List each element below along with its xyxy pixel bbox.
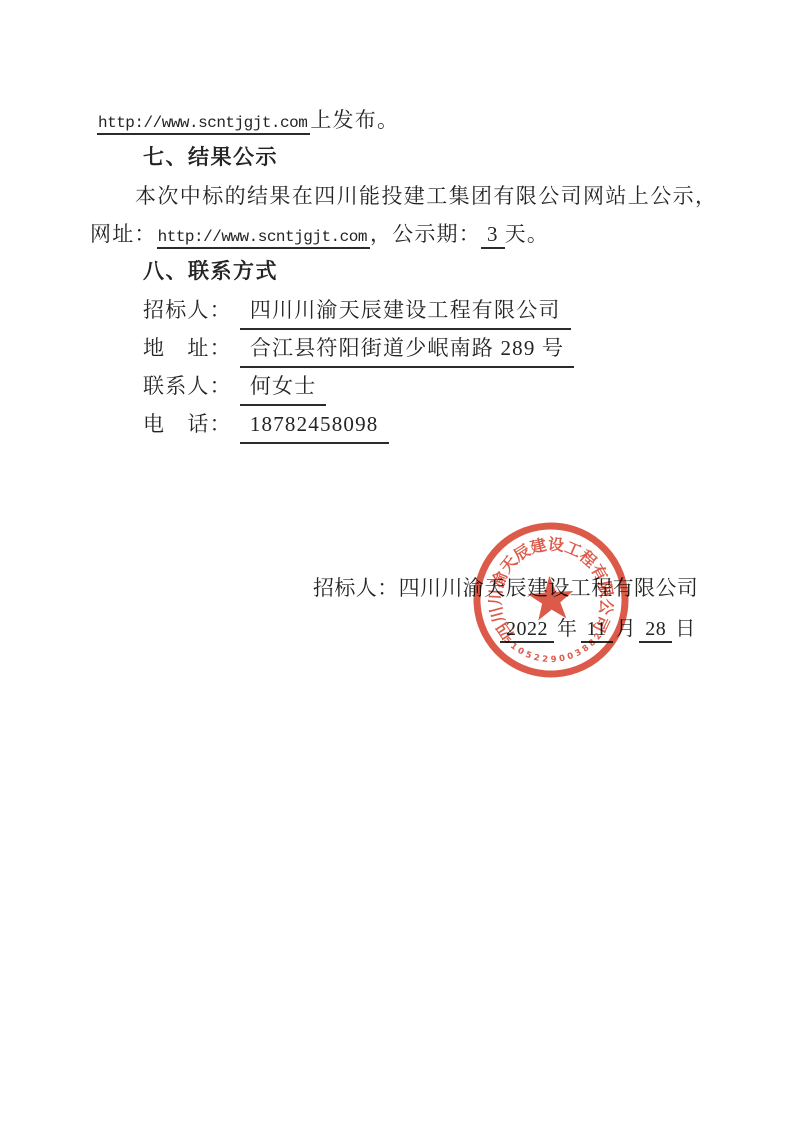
section8-heading: 八、联系方式 (90, 253, 715, 291)
field-value: 何女士 (240, 369, 327, 406)
seal-star-icon (527, 574, 576, 620)
website-url-text: http://www.scntjgjt.com (97, 114, 310, 135)
company-seal: 四川川渝天辰建设工程有限公司 5105229003882 (466, 515, 637, 686)
date-day-unit: 日 (675, 618, 696, 640)
field-row-tenderer: 招标人：四川川渝天辰建设工程有限公司 (90, 291, 715, 329)
section7-paragraph-line1: 本次中标的结果在四川能投建工集团有限公司网站上公示， (90, 177, 715, 215)
date-day: 28 (639, 618, 672, 643)
field-value: 合江县符阳街道少岷南路 289 号 (240, 331, 574, 368)
carryover-line: http://www.scntjgjt.com上发布。 (90, 101, 715, 139)
field-label: 地 址： (143, 336, 232, 360)
document-body: http://www.scntjgjt.com上发布。 七、结果公示 本次中标的… (90, 101, 715, 443)
field-row-address: 地 址：合江县符阳街道少岷南路 289 号 (90, 329, 715, 367)
company-seal-graphic: 四川川渝天辰建设工程有限公司 5105229003882 (466, 515, 637, 686)
field-label: 电 话： (143, 412, 232, 436)
section7-heading: 七、结果公示 (90, 139, 715, 177)
section7-paragraph-line2: 网址：http://www.scntjgjt.com，公示期：3天。 (90, 215, 715, 253)
publicity-period-unit: 天。 (505, 222, 549, 246)
document-page: http://www.scntjgjt.com上发布。 七、结果公示 本次中标的… (0, 0, 793, 1121)
field-value: 18782458098 (240, 407, 389, 444)
publicity-period-days: 3 (481, 222, 505, 249)
field-label: 招标人： (143, 298, 232, 322)
website-url-text: http://www.scntjgjt.com (157, 228, 370, 249)
website-label: 网址： (90, 222, 157, 246)
publicity-period-label: ，公示期： (370, 222, 481, 246)
carryover-line-suffix: 上发布。 (310, 108, 399, 132)
field-row-phone: 电 话：18782458098 (90, 405, 715, 443)
field-label: 联系人： (143, 374, 232, 398)
field-value: 四川川渝天辰建设工程有限公司 (240, 293, 571, 330)
field-row-contact-person: 联系人：何女士 (90, 367, 715, 405)
